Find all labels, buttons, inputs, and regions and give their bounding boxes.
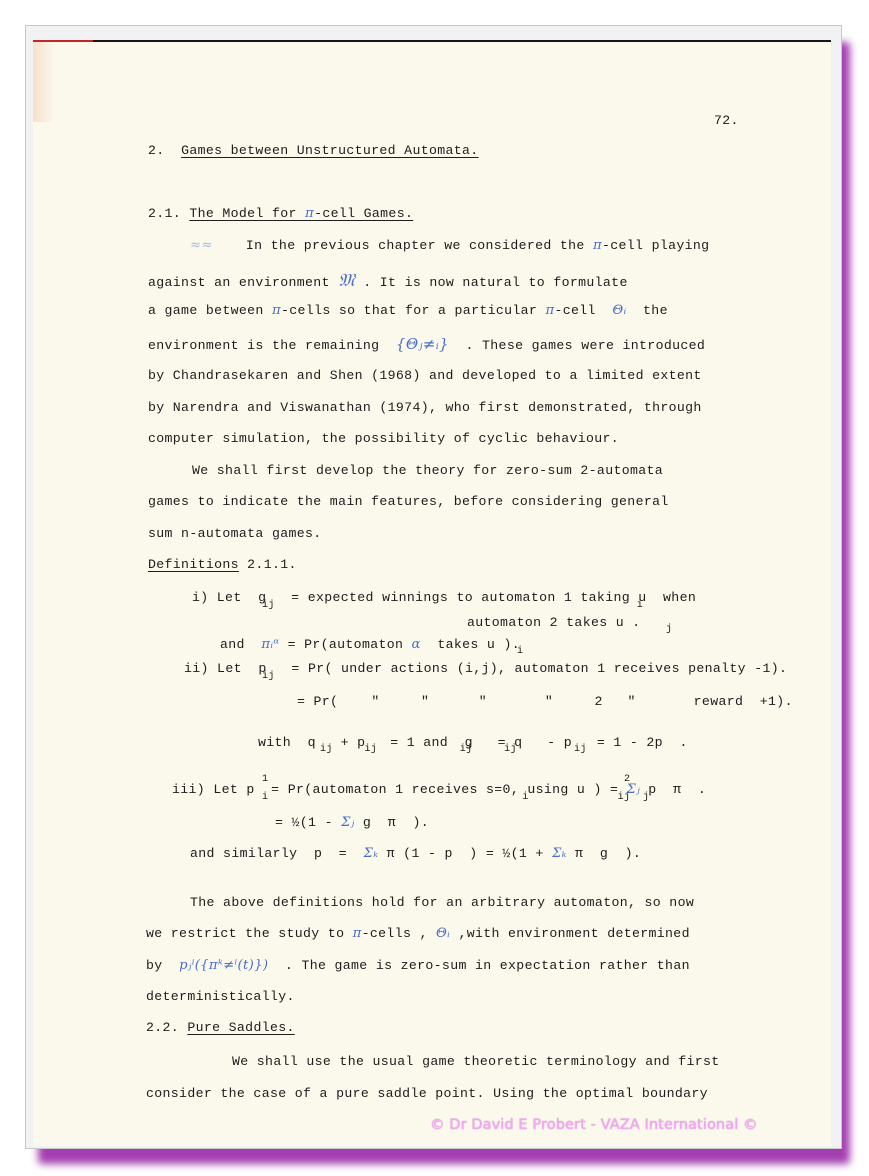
text: = ½(1 -: [275, 815, 341, 830]
sum-symbol: Σₖ: [364, 846, 379, 861]
para3-line3: by pⱼⁱ({πᵏ≠ⁱ(t)}) . The game is zero-sum…: [146, 958, 690, 973]
para2-line2: games to indicate the main features, bef…: [148, 494, 669, 509]
definitions-label: Definitions: [148, 557, 239, 572]
sum-symbol: Σₖ: [552, 846, 567, 861]
para3-line2: we restrict the study to π-cells , Θᵢ ,w…: [146, 926, 690, 941]
pi-symbol: π: [272, 303, 281, 318]
para4-line2: consider the case of a pure saddle point…: [146, 1086, 708, 1101]
para4-line1: We shall use the usual game theoretic te…: [232, 1054, 720, 1069]
text: environment is the remaining: [148, 338, 396, 353]
text: . These games were introduced: [449, 338, 705, 353]
chapter-heading: 2. Games between Unstructured Automata.: [148, 143, 479, 158]
def-i-subscript: ij i: [262, 600, 643, 611]
text: π (1 - p ) = ½(1 +: [378, 846, 552, 861]
theta-symbol: Θᵢ: [612, 303, 626, 318]
section-title: The Model for π-cell Games.: [189, 206, 413, 221]
pi-symbol: π: [593, 238, 602, 253]
text: a game between: [148, 303, 272, 318]
copyright-watermark: © Dr David E Probert - VAZA Internationa…: [430, 1117, 758, 1133]
text: takes u ).: [421, 637, 520, 652]
para1-line3: a game between π-cells so that for a par…: [148, 303, 668, 318]
text: by: [146, 958, 179, 973]
text: π g ).: [567, 846, 641, 861]
page-number: 72.: [714, 113, 739, 128]
text: In the previous chapter we considered th…: [246, 238, 593, 253]
chapter-title: Games between Unstructured Automata.: [181, 143, 479, 158]
probability-expression: pⱼⁱ({πᵏ≠ⁱ(t)}): [179, 958, 268, 973]
para1-line4: environment is the remaining {Θⱼ≠ᵢ} . Th…: [148, 335, 705, 353]
text: g π ).: [355, 815, 429, 830]
def-i-subscript3: i: [517, 646, 523, 657]
text: -cells ,: [362, 926, 436, 941]
def-iii-superscripts: 1 2: [262, 774, 630, 785]
para3-line1: The above definitions hold for an arbitr…: [190, 895, 694, 910]
text: ,with environment determined: [450, 926, 690, 941]
section-heading-2-1: 2.1. The Model for π-cell Games.: [148, 206, 413, 221]
text: -cells so that for a particular: [281, 303, 545, 318]
theta-symbol: Θᵢ: [436, 926, 450, 941]
para1-line5: by Chandrasekaren and Shen (1968) and de…: [148, 368, 702, 383]
text: against an environment: [148, 275, 338, 290]
def-i-line2: automaton 2 takes u .: [467, 615, 641, 630]
section-heading-2-2: 2.2. Pure Saddles.: [146, 1020, 295, 1035]
def-i-subscript2: j: [666, 624, 672, 635]
sum-symbol: Σⱼ: [341, 815, 355, 830]
environment-symbol: 𝔐: [338, 270, 355, 291]
section-number: 2.2.: [146, 1020, 179, 1035]
text: . The game is zero-sum in expectation ra…: [268, 958, 689, 973]
definitions-heading: Definitions 2.1.1.: [148, 557, 297, 572]
para2-line1: We shall first develop the theory for ze…: [192, 463, 663, 478]
margin-mark: ≈≈: [190, 238, 213, 253]
para1-line6: by Narendra and Viswanathan (1974), who …: [148, 400, 702, 415]
alpha-symbol: α: [412, 637, 421, 652]
para1-line1: ≈≈ In the previous chapter we considered…: [190, 238, 709, 253]
theta-set-symbol: {Θⱼ≠ᵢ}: [396, 335, 449, 353]
pi-symbol: π: [305, 206, 314, 221]
para1-line7: computer simulation, the possibility of …: [148, 431, 619, 446]
def-ii-subscripts: ij ij ij ij ij: [320, 744, 587, 755]
text: and: [220, 637, 261, 652]
section-title: Pure Saddles.: [187, 1020, 294, 1035]
text: -cell playing: [602, 238, 709, 253]
pi-alpha-symbol: πᵢᵅ: [261, 637, 279, 652]
text: the: [627, 303, 668, 318]
section-title-post: -cell Games.: [314, 206, 413, 221]
para1-line2: against an environment 𝔐 . It is now nat…: [148, 270, 628, 291]
def-iii-line2: = ½(1 - Σⱼ g π ).: [275, 815, 429, 830]
def-iii-line3: and similarly p = Σₖ π (1 - p ) = ½(1 + …: [190, 846, 641, 861]
text: = Pr(automaton: [279, 637, 411, 652]
section-number: 2.1.: [148, 206, 181, 221]
def-i-line3: and πᵢᵅ = Pr(automaton α takes u ).: [220, 637, 520, 652]
chapter-number: 2.: [148, 143, 165, 158]
text: p π .: [640, 782, 706, 797]
para2-line3: sum n-automata games.: [148, 526, 322, 541]
text: we restrict the study to: [146, 926, 353, 941]
section-title-pre: The Model for: [189, 206, 305, 221]
text: . It is now natural to formulate: [355, 275, 628, 290]
text: -cell: [554, 303, 612, 318]
definitions-number: 2.1.1.: [239, 557, 297, 572]
text: and similarly p =: [190, 846, 364, 861]
def-iii-subscripts: i i ij j: [262, 792, 649, 803]
pi-symbol: π: [353, 926, 362, 941]
def-ii-subscript: ij: [262, 671, 275, 682]
para3-line4: deterministically.: [146, 989, 295, 1004]
def-ii-line2: = Pr( " " " " 2 " reward +1).: [297, 694, 793, 709]
